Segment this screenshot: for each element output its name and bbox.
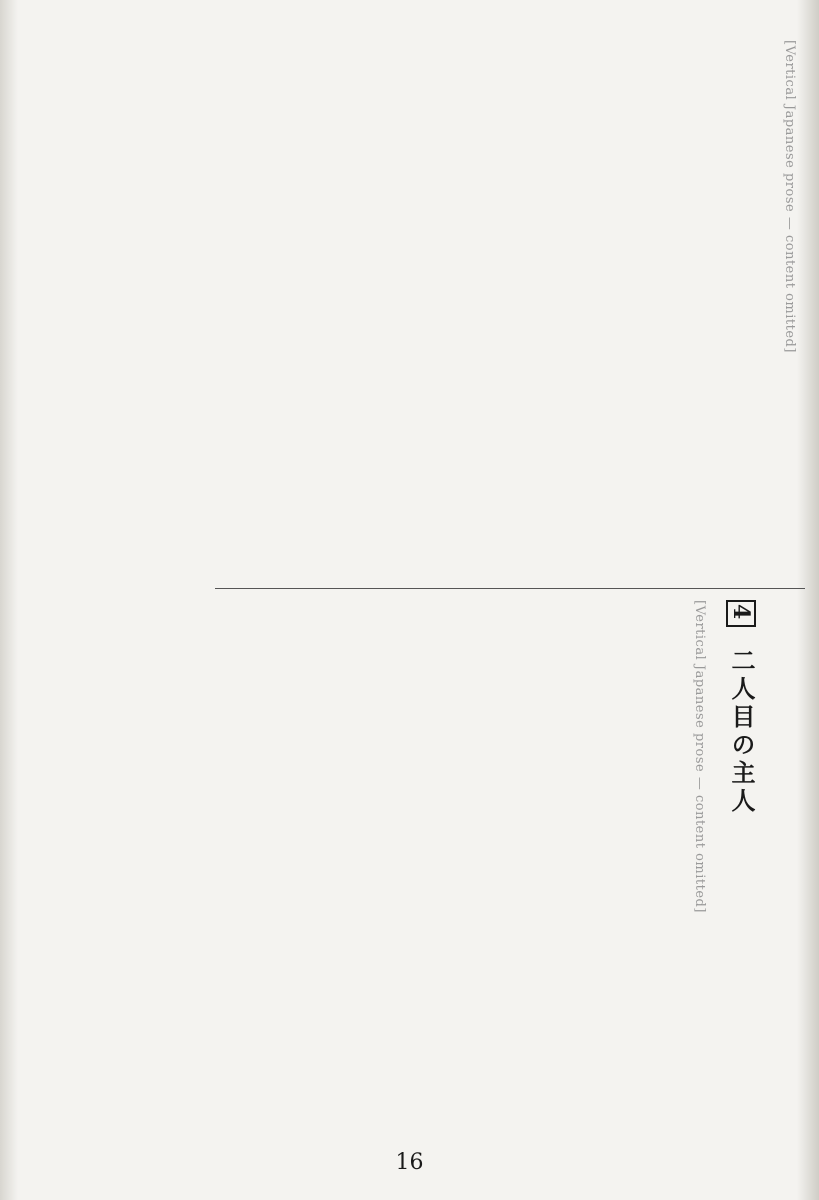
upper-text-block: [Vertical Japanese prose — content omitt… [250, 40, 800, 560]
text-placeholder: [Vertical Japanese prose — content omitt… [779, 40, 800, 560]
text-placeholder: [Vertical Japanese prose — content omitt… [689, 600, 710, 1120]
section-number: 4 [726, 600, 756, 627]
scan-page-edge-left [0, 0, 18, 1200]
section-divider [215, 588, 805, 589]
section-title: 二人目の主人 [727, 648, 756, 816]
page-number: 16 [0, 1150, 819, 1175]
section-heading: 4 二人目の主人 [724, 600, 759, 816]
scan-page-edge-right [797, 0, 819, 1200]
lower-text-block: [Vertical Japanese prose — content omitt… [170, 600, 710, 1120]
